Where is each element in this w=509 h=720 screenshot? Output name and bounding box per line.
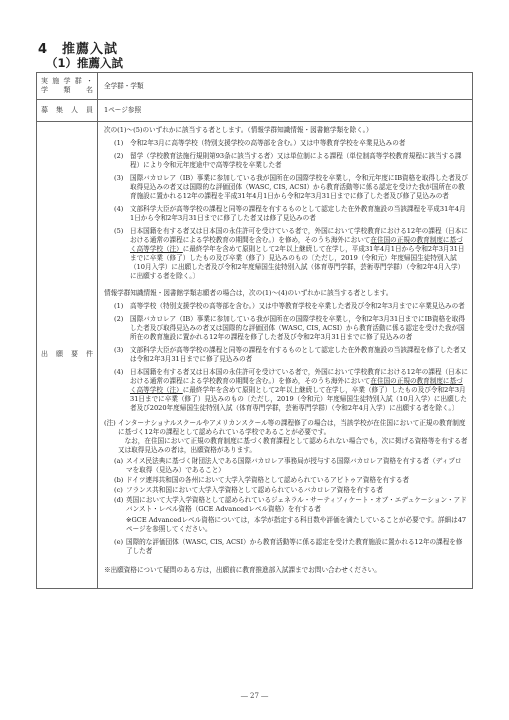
requirements-intro: 次の(1)～(5)のいずれかに該当する者とします。（情報学群知識情報・図書館学類… <box>104 126 468 135</box>
list-item: (4)日本国籍を有する者又は日本国の永住許可を受けている者で，外国において学校教… <box>114 368 468 413</box>
list-item: (2)留学（学校教育法施行規則第93条に該当する者）又は単位制による課程（単位制… <box>114 152 468 170</box>
requirements-content: 次の(1)～(5)のいずれかに該当する者とします。（情報学群知識情報・図書館学類… <box>98 122 473 589</box>
list-item: (1)令和2年3月に高等学校（特別支援学校の高等部を含む。）又は中等教育学校を卒… <box>114 139 468 148</box>
table-row-requirements: 出 願 要 件 次の(1)～(5)のいずれかに該当する者とします。（情報学群知識… <box>37 122 473 589</box>
list-item: (2)国際バカロレア（IB）事業に参加している我が国所在の国際学校を卒業し，令和… <box>114 315 468 342</box>
label-department: 実 施 学 群 ・ 学 類 名 <box>37 73 98 100</box>
note-item: (c)フランス共和国において大学入学資格として認められているバカロレア資格を有す… <box>114 486 468 495</box>
table-row-capacity: 募 集 人 員 1ページ参照 <box>37 100 473 122</box>
value-capacity: 1ページ参照 <box>98 100 473 122</box>
label-requirements: 出 願 要 件 <box>37 122 98 589</box>
table-row-department: 実 施 学 群 ・ 学 類 名 全学群・学類 <box>37 73 473 100</box>
gce-note: ※GCE Advancedレベル資格については，本学が指定する科目数や評価を満た… <box>126 516 468 534</box>
subsection-heading: （1）推薦入試 <box>46 55 123 71</box>
note-item: (a)スイス民法典に基づく財団法人である国際バカロレア事務局が授与する国際バカロ… <box>114 457 468 475</box>
list-item: (5)日本国籍を有する者又は日本国の永住許可を受けている者で，外国において学校教… <box>114 227 468 281</box>
list-item: (3)国際バカロレア（IB）事業に参加している我が国所在の国際学校を卒業し，令和… <box>114 174 468 201</box>
list-item: (1)高等学校（特別支援学校の高等部を含む。）又は中等教育学校を卒業した者及び令… <box>114 302 468 311</box>
note-item: (e)国際的な評価団体（WASC, CIS, ACSI）から教育活動等に係る認定… <box>114 538 468 556</box>
label-capacity: 募 集 人 員 <box>37 100 98 122</box>
list-item: (4)文部科学大臣が高等学校の課程と同等の課程を有するものとして認定した在外教育… <box>114 205 468 223</box>
note-item: (b)ドイツ連邦共和国の各州において大学入学資格として認められているアビトゥア資… <box>114 476 468 485</box>
value-department: 全学群・学類 <box>98 73 473 100</box>
admission-info-table: 実 施 学 群 ・ 学 類 名 全学群・学類 募 集 人 員 <box>36 72 473 589</box>
list-item: (3)文部科学大臣が高等学校の課程と同等の課程を有するものとして認定した在外教育… <box>114 346 468 364</box>
contact-note: ※出願資格について疑問のある方は，出願前に教育推進部入試課までお問い合わせくださ… <box>104 566 468 575</box>
requirements-intro-library: 情報学群知識情報・図書館学類志願者の場合は，次の(1)～(4)のいずれかに該当す… <box>104 289 468 298</box>
page-number: ― 27 ― <box>0 692 509 700</box>
note-item: (d)英国において大学入学資格として認められているジェネラル・サーティフィケート… <box>114 496 468 514</box>
note-block: (注) インターナショナルスクールやアメリカンスクール等の課程修了の場合は，当該… <box>104 419 468 455</box>
